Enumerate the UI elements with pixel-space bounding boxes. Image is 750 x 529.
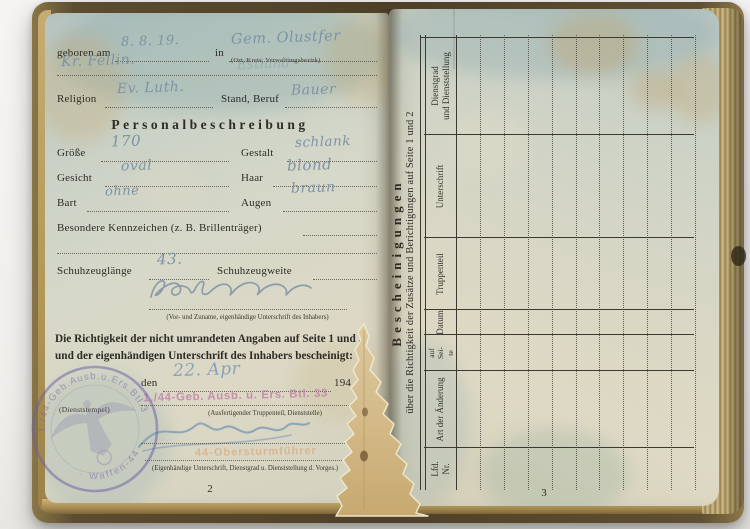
table-empty-row [648,35,672,490]
table-column-line [424,370,694,371]
augen-value: braun [291,179,336,197]
table-empty-row [529,35,553,490]
haar-value: blond [287,155,333,175]
table-column-line [424,134,694,135]
kreis-value: Kr. Fellin. [61,52,136,71]
schuhlaenge-value: 43. [157,250,183,269]
round-stamp-arc-bottom: · Waffen-44 · [72,437,153,489]
geboren-value: 8. 8. 19. [121,33,180,50]
groesse-value: 170 [111,131,142,150]
table-empty-row [457,35,481,490]
gesicht-label: Gesicht [57,172,92,184]
kennzeichen-line2 [57,253,377,254]
table-empty-row [481,35,505,490]
burn-spot [362,408,368,417]
ort-line2 [57,75,377,76]
table-empty-row [553,35,577,490]
personalbeschreibung-title: Personalbeschreibung [45,117,375,133]
col-truppenteil: Truppenteil [426,238,456,310]
stand-value: Bauer [291,81,337,99]
table-empty-row [600,35,624,490]
stand-label: Stand, Beruf [221,93,279,105]
gestalt-value: schlank [295,133,351,151]
rank-stamp-text: 44-Obersturmführer [195,445,317,459]
schuhweite-line [313,279,377,280]
owner-signature [143,271,318,309]
religion-line [105,107,213,108]
haar-label: Haar [241,172,263,184]
augen-label: Augen [241,197,271,209]
bart-line [87,211,229,212]
table-column-line [424,309,694,310]
bart-value: ohne [105,183,140,199]
table-outer-border [421,37,694,38]
table-empty-row [624,35,648,490]
col-unterschrift: Unterschrift [426,135,456,238]
religion-value: Ev. Luth. [117,79,185,97]
soldbuch-scan: geboren am in 8. 8. 19. Gem. Olustfer (O… [0,0,750,529]
table-empty-row [505,35,529,490]
table-column-line [424,334,694,335]
owner-signature-line [149,309,347,310]
in-label: in [215,47,224,59]
religion-label: Religion [57,93,97,105]
schuhlaenge-label: Schuhzeuglänge [57,265,132,277]
vorges-line [145,460,350,461]
col-dienstgrad: Dienstgrad und Dienststellung [426,37,456,135]
table-empty-row [577,35,601,490]
kennzeichen-line [303,235,377,236]
table-body [457,35,696,490]
page-number-left: 2 [45,483,375,495]
svg-text:· Waffen-44 ·: · Waffen-44 · [72,437,153,489]
land-value: Estland [237,56,291,73]
kennzeichen-label: Besondere Kennzeichen (z. B. Brillenträg… [57,222,262,234]
gestalt-label: Gestalt [241,147,274,159]
bart-label: Bart [57,197,77,209]
stand-line [285,107,377,108]
burn-spot [360,451,368,462]
gesicht-value: oval [121,157,153,174]
page-stack-bump [731,246,746,266]
torn-page-remnant [328,320,440,520]
table-column-line [424,237,694,238]
owner-signature-caption: (Vor- und Zuname, eigenhändige Unterschr… [140,314,355,321]
augen-line [283,211,377,212]
table-empty-row [672,35,696,490]
table-column-line [424,447,694,448]
groesse-label: Größe [57,147,86,159]
date-value: 22. Apr [173,359,241,381]
